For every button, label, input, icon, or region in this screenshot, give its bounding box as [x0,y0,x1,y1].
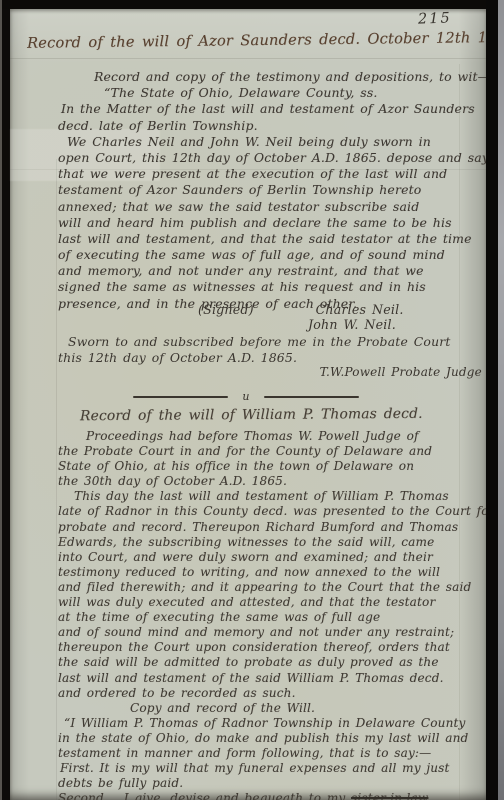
text-line: “I William P. Thomas of Radnor Township … [58,716,482,731]
will-copy-title: Copy and record of the Will. [58,701,482,716]
text-line: at the time of executing the same was of… [58,610,482,625]
text-line: will and heard him publish and declare t… [58,215,482,231]
photo-left-edge [0,0,2,800]
signed-label: (Signed) [58,302,254,317]
text-line: We Charles Neil and John W. Neil being d… [58,134,482,150]
text-line: testimony reduced to writing, and now an… [58,565,482,580]
text-line: in the state of Ohio, do make and publis… [58,731,482,746]
azor-saunders-record-body: Record and copy of the testimony and dep… [58,69,482,312]
text-line: open Court, this 12th day of October A.D… [58,150,482,166]
text-line: First. It is my will that my funeral exp… [58,761,482,776]
photo-right-border [486,0,498,800]
section-divider: u [133,393,359,401]
paper-crease [10,58,487,59]
photo-right-edge-strip [498,0,504,800]
text-line: late of Radnor in this County decd. was … [58,504,482,519]
divider-line [264,396,359,398]
text-line: and ordered to be recorded as such. [58,686,482,701]
second-item-text: I give, devise and bequeath to my [124,791,351,800]
text-line: and of sound mind and memory and not und… [58,625,482,640]
record-heading-william-thomas: Record of the will of William P. Thomas … [80,406,423,424]
text-line: signed the same as witnesses at his requ… [58,279,482,295]
sworn-statement-line: this 12th day of October A.D. 1865. [58,350,482,365]
photo-top-border [0,0,504,9]
text-line: last will and testament of the said Will… [58,671,482,686]
photographed-ledger-page: 215 Record of the will of Azor Saunders … [0,0,504,800]
text-line: of executing the same was of full age, a… [58,247,482,263]
text-line: annexed; that we saw the said testator s… [58,199,482,215]
sworn-statement-line: Sworn to and subscribed before me in the… [58,334,482,349]
margin-line-left [56,159,57,800]
text-line: Edwards, the subscribing witnesses to th… [58,535,482,550]
text-line: probate and record. Thereupon Richard Bu… [58,520,482,535]
text-line: the said will be admitted to probate as … [58,655,482,670]
text-line-second-bequest: Second.I give, devise and bequeath to my… [58,791,482,800]
text-line: will was duly executed and attested, and… [58,595,482,610]
text-line: debts be fully paid. [58,776,482,791]
text-line: This day the last will and testament of … [58,489,482,504]
text-line: this 12th day of October A.D. 1865. [58,350,297,365]
ledger-paper: 215 Record of the will of Azor Saunders … [10,9,487,800]
text-line: that we were present at the execution of… [58,166,482,182]
witness-signature-charles-neil: Charles Neil. [260,302,404,317]
text-line: testament in manner and form following, … [58,746,482,761]
text-line: last will and testament, and that the sa… [58,231,482,247]
signature-row: (Signed) Charles Neil. [58,302,482,317]
text-line: In the Matter of the last will and testa… [58,101,482,117]
divider-line [133,396,228,398]
witness-signature-john-w-neil: John W. Neil. [58,317,396,332]
text-line: thereupon the Court upon consideration t… [58,640,482,655]
text-line: decd. late of Berlin Township. [58,118,482,134]
judge-signature: T.W.Powell Probate Judge [58,365,484,380]
text-line: the Probate Court in and for the County … [58,444,482,459]
signature-row: John W. Neil. [58,317,482,332]
text-line: into Court, and were duly sworn and exam… [58,550,482,565]
text-line: State of Ohio, at his office in the town… [58,459,482,474]
second-item-label: Second. [58,791,108,800]
text-line: Proceedings had before Thomas W. Powell … [58,429,482,444]
divider-mark: u [228,393,263,401]
text-line: the 30th day of October A.D. 1865. [58,474,482,489]
text-line: “The State of Ohio, Delaware County, ss. [58,85,482,101]
page-number: 215 [418,10,452,27]
record-heading-azor-saunders: Record of the will of Azor Saunders decd… [27,29,485,52]
text-line: testament of Azor Saunders of Berlin Tow… [58,182,482,198]
william-thomas-record-body: Proceedings had before Thomas W. Powell … [58,429,482,800]
text-line: Sworn to and subscribed before me in the… [58,334,451,349]
text-line: and memory, and not under any restraint,… [58,263,482,279]
text-line: Record and copy of the testimony and dep… [58,69,482,85]
struck-through-word: sister-in-law [351,791,428,800]
text-line: and filed therewith; and it appearing to… [58,580,482,595]
